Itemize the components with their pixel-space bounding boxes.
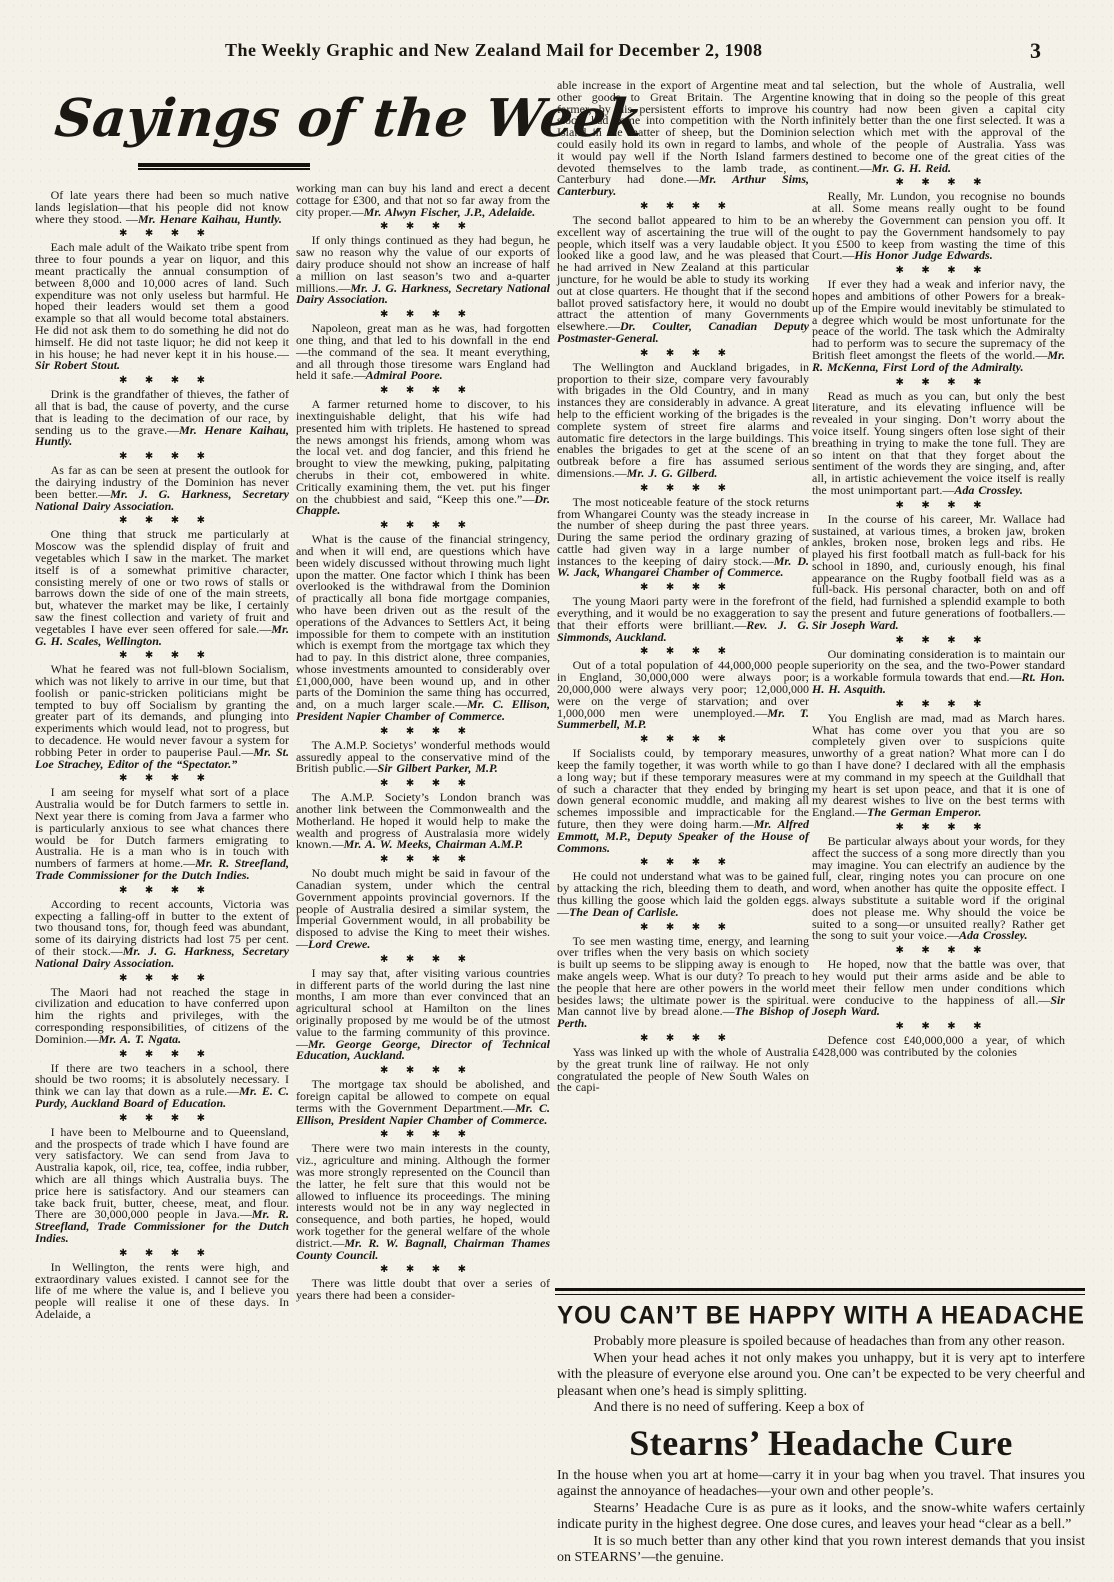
quote-attribution: Ada Crossley. [959,928,1028,942]
star-divider: ✱ ✱ ✱ ✱ [557,582,809,593]
advert-paragraph: Stearns’ Headache Cure is as pure as it … [557,1501,1085,1534]
quote-paragraph: What he feared was not full-blown Social… [35,664,289,770]
star-divider: ✱ ✱ ✱ ✱ [35,515,289,526]
star-divider: ✱ ✱ ✱ ✱ [557,201,809,212]
star-divider: ✱ ✱ ✱ ✱ [296,221,550,232]
star-divider: ✱ ✱ ✱ ✱ [296,1065,550,1076]
quote-attribution: Mr. G. H. Scales, Wellington. [35,622,289,648]
quote-attribution: Dr. Coulter, Canadian Deputy Postmaster-… [557,319,809,345]
headache-cure-advert: YOU CAN’T BE HAPPY WITH A HEADACHE Proba… [557,1302,1085,1567]
quote-paragraph: There was little doubt that over a serie… [296,1278,550,1302]
quote-paragraph: Yass was linked up with the whole of Aus… [557,1047,809,1094]
quote-attribution: His Honor Judge Edwards. [854,248,992,262]
quote-paragraph: There were two main interests in the cou… [296,1143,550,1261]
quote-attribution: Mr. T. Summerbell, M.P. [557,706,809,732]
quote-attribution: Mr. Henare Kaihau, Huntly. [35,423,289,449]
star-divider: ✱ ✱ ✱ ✱ [296,954,550,965]
advert-paragraph: In the house when you art at home—carry … [557,1468,1085,1501]
quote-paragraph: able increase in the export of Argentine… [557,80,809,198]
star-divider: ✱ ✱ ✱ ✱ [557,646,809,657]
quote-paragraph: What is the cause of the financial strin… [296,534,550,723]
quote-attribution: Sir Joseph Ward. [812,618,899,632]
quote-paragraph: The A.M.P. Societys’ wonderful methods w… [296,740,550,775]
advert-paragraph: It is so much better than any other kind… [557,1534,1085,1567]
quote-attribution: Mr. Alwyn Fischer, J.P., Adelaide. [364,205,536,219]
quote-paragraph: The Wellington and Auckland brigades, in… [557,362,809,480]
star-divider: ✱ ✱ ✱ ✱ [296,1264,550,1275]
quote-attribution: Mr. J. G. Harkness, Secretary National D… [35,944,289,970]
quote-attribution: The Dean of Carlisle. [569,905,679,919]
star-divider: ✱ ✱ ✱ ✱ [557,734,809,745]
advert-paragraph: Probably more pleasure is spoiled becaus… [557,1334,1085,1351]
quote-attribution: Mr. J. G. Gilberd. [627,466,718,480]
quote-paragraph: If ever they had a weak and inferior nav… [812,279,1065,373]
quote-attribution: Mr. C. Ellison, President Napier Chamber… [296,1101,550,1127]
quote-paragraph: No doubt much might be said in favour of… [296,868,550,951]
quote-paragraph: If Socialists could, by temporary measur… [557,748,809,854]
star-divider: ✱ ✱ ✱ ✱ [296,520,550,531]
star-divider: ✱ ✱ ✱ ✱ [557,922,809,933]
page-title: Sayings of the Week [52,88,522,149]
star-divider: ✱ ✱ ✱ ✱ [296,726,550,737]
quote-attribution: Mr. R. W. Bagnall, Chairman Thames Count… [296,1236,550,1262]
star-divider: ✱ ✱ ✱ ✱ [557,348,809,359]
advert-body: In the house when you art at home—carry … [557,1468,1085,1567]
title-rule [138,163,310,170]
quote-paragraph: One thing that struck me particularly at… [35,529,289,647]
star-divider: ✱ ✱ ✱ ✱ [35,773,289,784]
quote-attribution: Admiral Poore. [366,368,443,382]
star-divider: ✱ ✱ ✱ ✱ [35,973,289,984]
quote-paragraph: The A.M.P. Society’s London branch was a… [296,792,550,851]
quote-attribution: The German Emperor. [867,805,981,819]
masthead: The Weekly Graphic and New Zealand Mail … [225,40,725,61]
quote-paragraph: The mortgage tax should be abolished, an… [296,1079,550,1126]
advert-paragraph: And there is no need of suffering. Keep … [557,1400,1085,1417]
quote-paragraph: Drink is the grandfather of thieves, the… [35,389,289,448]
star-divider: ✱ ✱ ✱ ✱ [296,778,550,789]
star-divider: ✱ ✱ ✱ ✱ [296,309,550,320]
star-divider: ✱ ✱ ✱ ✱ [812,822,1065,833]
column-3: able increase in the export of Argentine… [557,80,809,1285]
page-number: 3 [1030,38,1041,64]
quote-attribution: Sir Gilbert Parker, M.P. [378,761,498,775]
star-divider: ✱ ✱ ✱ ✱ [812,265,1065,276]
quote-attribution: Mr. Alfred Emmott, M.P., Deputy Speaker … [557,817,809,855]
quote-paragraph: He hoped, now that the battle was over, … [812,959,1065,1018]
quote-paragraph: tal selection, but the whole of Australi… [812,80,1065,174]
quote-paragraph: Napoleon, great man as he was, had forgo… [296,323,550,382]
quote-attribution: Lord Crewe. [308,937,370,951]
quote-attribution: Mr. A. W. Meeks, Chairman A.M.P. [344,837,524,851]
quote-paragraph: In Wellington, the rents were high, and … [35,1262,289,1321]
star-divider: ✱ ✱ ✱ ✱ [296,1129,550,1140]
quote-paragraph: The young Maori party were in the forefr… [557,596,809,643]
star-divider: ✱ ✱ ✱ ✱ [296,854,550,865]
quote-attribution: The Bishop of Perth. [557,1004,809,1030]
star-divider: ✱ ✱ ✱ ✱ [557,1033,809,1044]
quote-attribution: Mr. R. McKenna, First Lord of the Admira… [812,348,1065,374]
quote-paragraph: You English are mad, mad as March hares.… [812,713,1065,819]
column-2: working man can buy his land and erect a… [296,183,550,1553]
star-divider: ✱ ✱ ✱ ✱ [35,1049,289,1060]
advert-paragraph: When your head aches it not only makes y… [557,1351,1085,1401]
quote-paragraph: A farmer returned home to discover, to h… [296,399,550,517]
quote-attribution: Ada Crossley. [954,483,1023,497]
quote-paragraph: working man can buy his land and erect a… [296,183,550,218]
quote-attribution: Mr. E. C. Purdy, Auckland Board of Educa… [35,1084,289,1110]
star-divider: ✱ ✱ ✱ ✱ [35,650,289,661]
quote-attribution: Sir Joseph Ward. [812,993,1065,1019]
quote-paragraph: If only things continued as they had beg… [296,235,550,306]
quote-attribution: Mr. J. G. Harkness, Secretary National D… [296,281,550,307]
quote-attribution: Mr. C. Ellison, President Napier Chamber… [296,697,550,723]
star-divider: ✱ ✱ ✱ ✱ [35,451,289,462]
star-divider: ✱ ✱ ✱ ✱ [296,385,550,396]
quote-attribution: Mr. Arthur Sims, Canterbury. [557,172,809,198]
quote-attribution: Mr. G. H. Reid. [872,161,951,175]
star-divider: ✱ ✱ ✱ ✱ [35,885,289,896]
column-1: Of late years there had been so much nat… [35,190,289,1550]
quote-attribution: Mr. George George, Director of Technical… [296,1037,550,1063]
quote-attribution: Mr. R. Streefland, Trade Commissioner fo… [35,1207,289,1245]
quote-paragraph: The most noticeable feature of the stock… [557,497,809,580]
quote-attribution: Mr. R. Streefland, Trade Commissioner fo… [35,856,289,882]
star-divider: ✱ ✱ ✱ ✱ [35,1113,289,1124]
advert-intro: Probably more pleasure is spoiled becaus… [557,1334,1085,1417]
star-divider: ✱ ✱ ✱ ✱ [812,945,1065,956]
advert-divider-rule [555,1288,1085,1296]
quote-attribution: Sir Robert Stout. [35,358,120,372]
quote-paragraph: Be particular always about your words, f… [812,836,1065,942]
star-divider: ✱ ✱ ✱ ✱ [35,228,289,239]
star-divider: ✱ ✱ ✱ ✱ [812,500,1065,511]
quote-paragraph: He could not understand what was to be g… [557,871,809,918]
quote-attribution: Rev. J. G. Simmonds, Auckland. [557,618,809,644]
quote-paragraph: The second ballot appeared to him to be … [557,215,809,345]
quote-attribution: Mr. D. W. Jack, Whangarei Chamber of Com… [557,554,809,580]
quote-paragraph: I am seeing for myself what sort of a pl… [35,787,289,881]
advert-brand-name: Stearns’ Headache Cure [557,1422,1085,1464]
quote-paragraph: Of late years there had been so much nat… [35,190,289,225]
star-divider: ✱ ✱ ✱ ✱ [557,857,809,868]
quote-attribution: Mr. Henare Kaihau, Huntly. [138,212,282,226]
quote-paragraph: As far as can be seen at present the out… [35,465,289,512]
quote-attribution: Mr. St. Loe Strachey, Editor of the “Spe… [35,745,289,771]
quote-paragraph: According to recent accounts, Victoria w… [35,899,289,970]
star-divider: ✱ ✱ ✱ ✱ [812,377,1065,388]
quote-paragraph: Really, Mr. Lundon, you recognise no bou… [812,191,1065,262]
column-4: tal selection, but the whole of Australi… [812,80,1065,1285]
quote-paragraph: Out of a total population of 44,000,000 … [557,660,809,731]
quote-paragraph: Read as much as you can, but only the be… [812,391,1065,497]
star-divider: ✱ ✱ ✱ ✱ [812,635,1065,646]
star-divider: ✱ ✱ ✱ ✱ [35,1248,289,1259]
quote-paragraph: Defence cost £40,000,000 a year, of whic… [812,1035,1065,1059]
quote-paragraph: I may say that, after visiting various c… [296,968,550,1062]
advert-headline: YOU CAN’T BE HAPPY WITH A HEADACHE [557,1301,1085,1330]
quote-attribution: Mr. A. T. Ngata. [99,1032,181,1046]
newspaper-page: The Weekly Graphic and New Zealand Mail … [0,0,1114,1582]
quote-paragraph: Each male adult of the Waikato tribe spe… [35,242,289,372]
quote-attribution: Mr. J. G. Harkness, Secretary National D… [35,487,289,513]
star-divider: ✱ ✱ ✱ ✱ [35,375,289,386]
star-divider: ✱ ✱ ✱ ✱ [812,1021,1065,1032]
quote-paragraph: I have been to Melbourne and to Queensla… [35,1127,289,1245]
quote-attribution: Rt. Hon. H. H. Asquith. [812,670,1065,696]
quote-paragraph: Our dominating consideration is to maint… [812,649,1065,696]
quote-paragraph: If there are two teachers in a school, t… [35,1063,289,1110]
quote-attribution: Dr. Chapple. [296,492,550,518]
quote-paragraph: In the course of his career, Mr. Wallace… [812,514,1065,632]
star-divider: ✱ ✱ ✱ ✱ [812,177,1065,188]
quote-paragraph: To see men wasting time, energy, and lea… [557,936,809,1030]
star-divider: ✱ ✱ ✱ ✱ [557,483,809,494]
quote-paragraph: The Maori had not reached the stage in c… [35,987,289,1046]
star-divider: ✱ ✱ ✱ ✱ [812,699,1065,710]
